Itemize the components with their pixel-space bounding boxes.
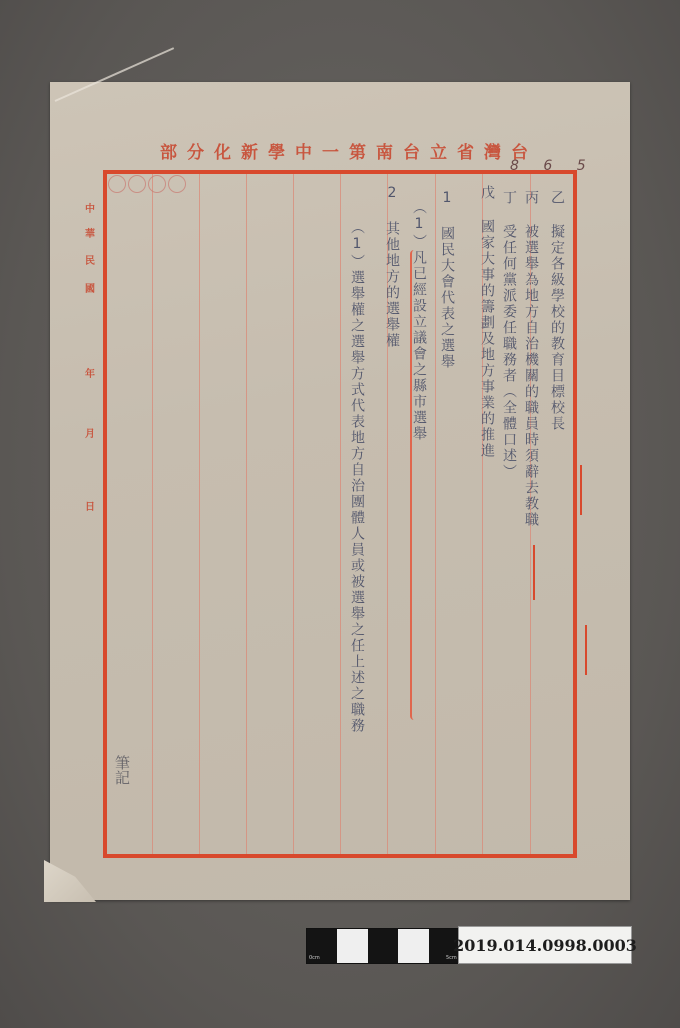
column-rule <box>152 174 153 854</box>
date-label: 年 <box>80 365 100 380</box>
letterhead-char: 部 <box>160 138 179 163</box>
letterhead-char: 台 <box>403 138 422 163</box>
handwritten-line: 丙 被選舉為地方自治機關的職員時須辭去教職 <box>522 190 540 890</box>
scale-label: 5cm <box>446 955 457 961</box>
letterhead-char: 一 <box>322 138 341 163</box>
letterhead-char: 分 <box>187 138 206 163</box>
letterhead-char: 學 <box>268 138 287 163</box>
scale-label: 0cm <box>309 955 320 961</box>
column-rule <box>293 174 294 854</box>
column-rule <box>435 174 436 854</box>
red-margin-mark <box>533 545 535 600</box>
letterhead-char: 省 <box>457 138 476 163</box>
letterhead-char: 中 <box>295 138 314 163</box>
letterhead-char: 立 <box>430 138 449 163</box>
date-label: 華 <box>80 225 100 240</box>
letterhead-char: 第 <box>349 138 368 163</box>
date-label: 日 <box>80 498 100 513</box>
scale-bar <box>306 928 460 964</box>
date-label: 中 <box>80 200 100 215</box>
handwritten-line: 乙 擬定各級學校的教育目標校長 <box>548 190 566 870</box>
handwritten-line: 戊 國家大事的籌劃及地方事業的推進 <box>478 185 496 805</box>
letterhead-char: 灣 <box>484 138 503 163</box>
date-label: 國 <box>80 280 100 295</box>
handwritten-line: 丁 受任何黨派委任職務者（全體口述） <box>500 190 518 730</box>
accession-number-label: 2019.014.0998.0003 <box>458 926 632 964</box>
handwritten-line: （1）選舉權之選舉方式代表地方自治團體人員或被選舉之任上述之職務 <box>348 220 366 880</box>
red-stamp-marks <box>108 175 228 225</box>
handwritten-line: 1 國民大會代表之選舉 <box>438 190 456 490</box>
handwritten-line: 2 其他地方的選舉權 <box>383 185 401 565</box>
letterhead-char: 南 <box>376 138 395 163</box>
letterhead-char: 化 <box>214 138 233 163</box>
date-label: 民 <box>80 252 100 267</box>
letterhead: 台 灣 省 立 台 南 第 一 中 學 新 化 分 部 <box>160 138 530 163</box>
column-rule <box>246 174 247 854</box>
red-margin-mark <box>580 465 582 515</box>
column-rule <box>199 174 200 854</box>
letterhead-char: 新 <box>241 138 260 163</box>
red-margin-mark <box>585 625 587 675</box>
date-label: 月 <box>80 425 100 440</box>
red-pencil-line <box>410 250 420 720</box>
column-rule <box>340 174 341 854</box>
signature: 筆記 <box>112 755 133 785</box>
